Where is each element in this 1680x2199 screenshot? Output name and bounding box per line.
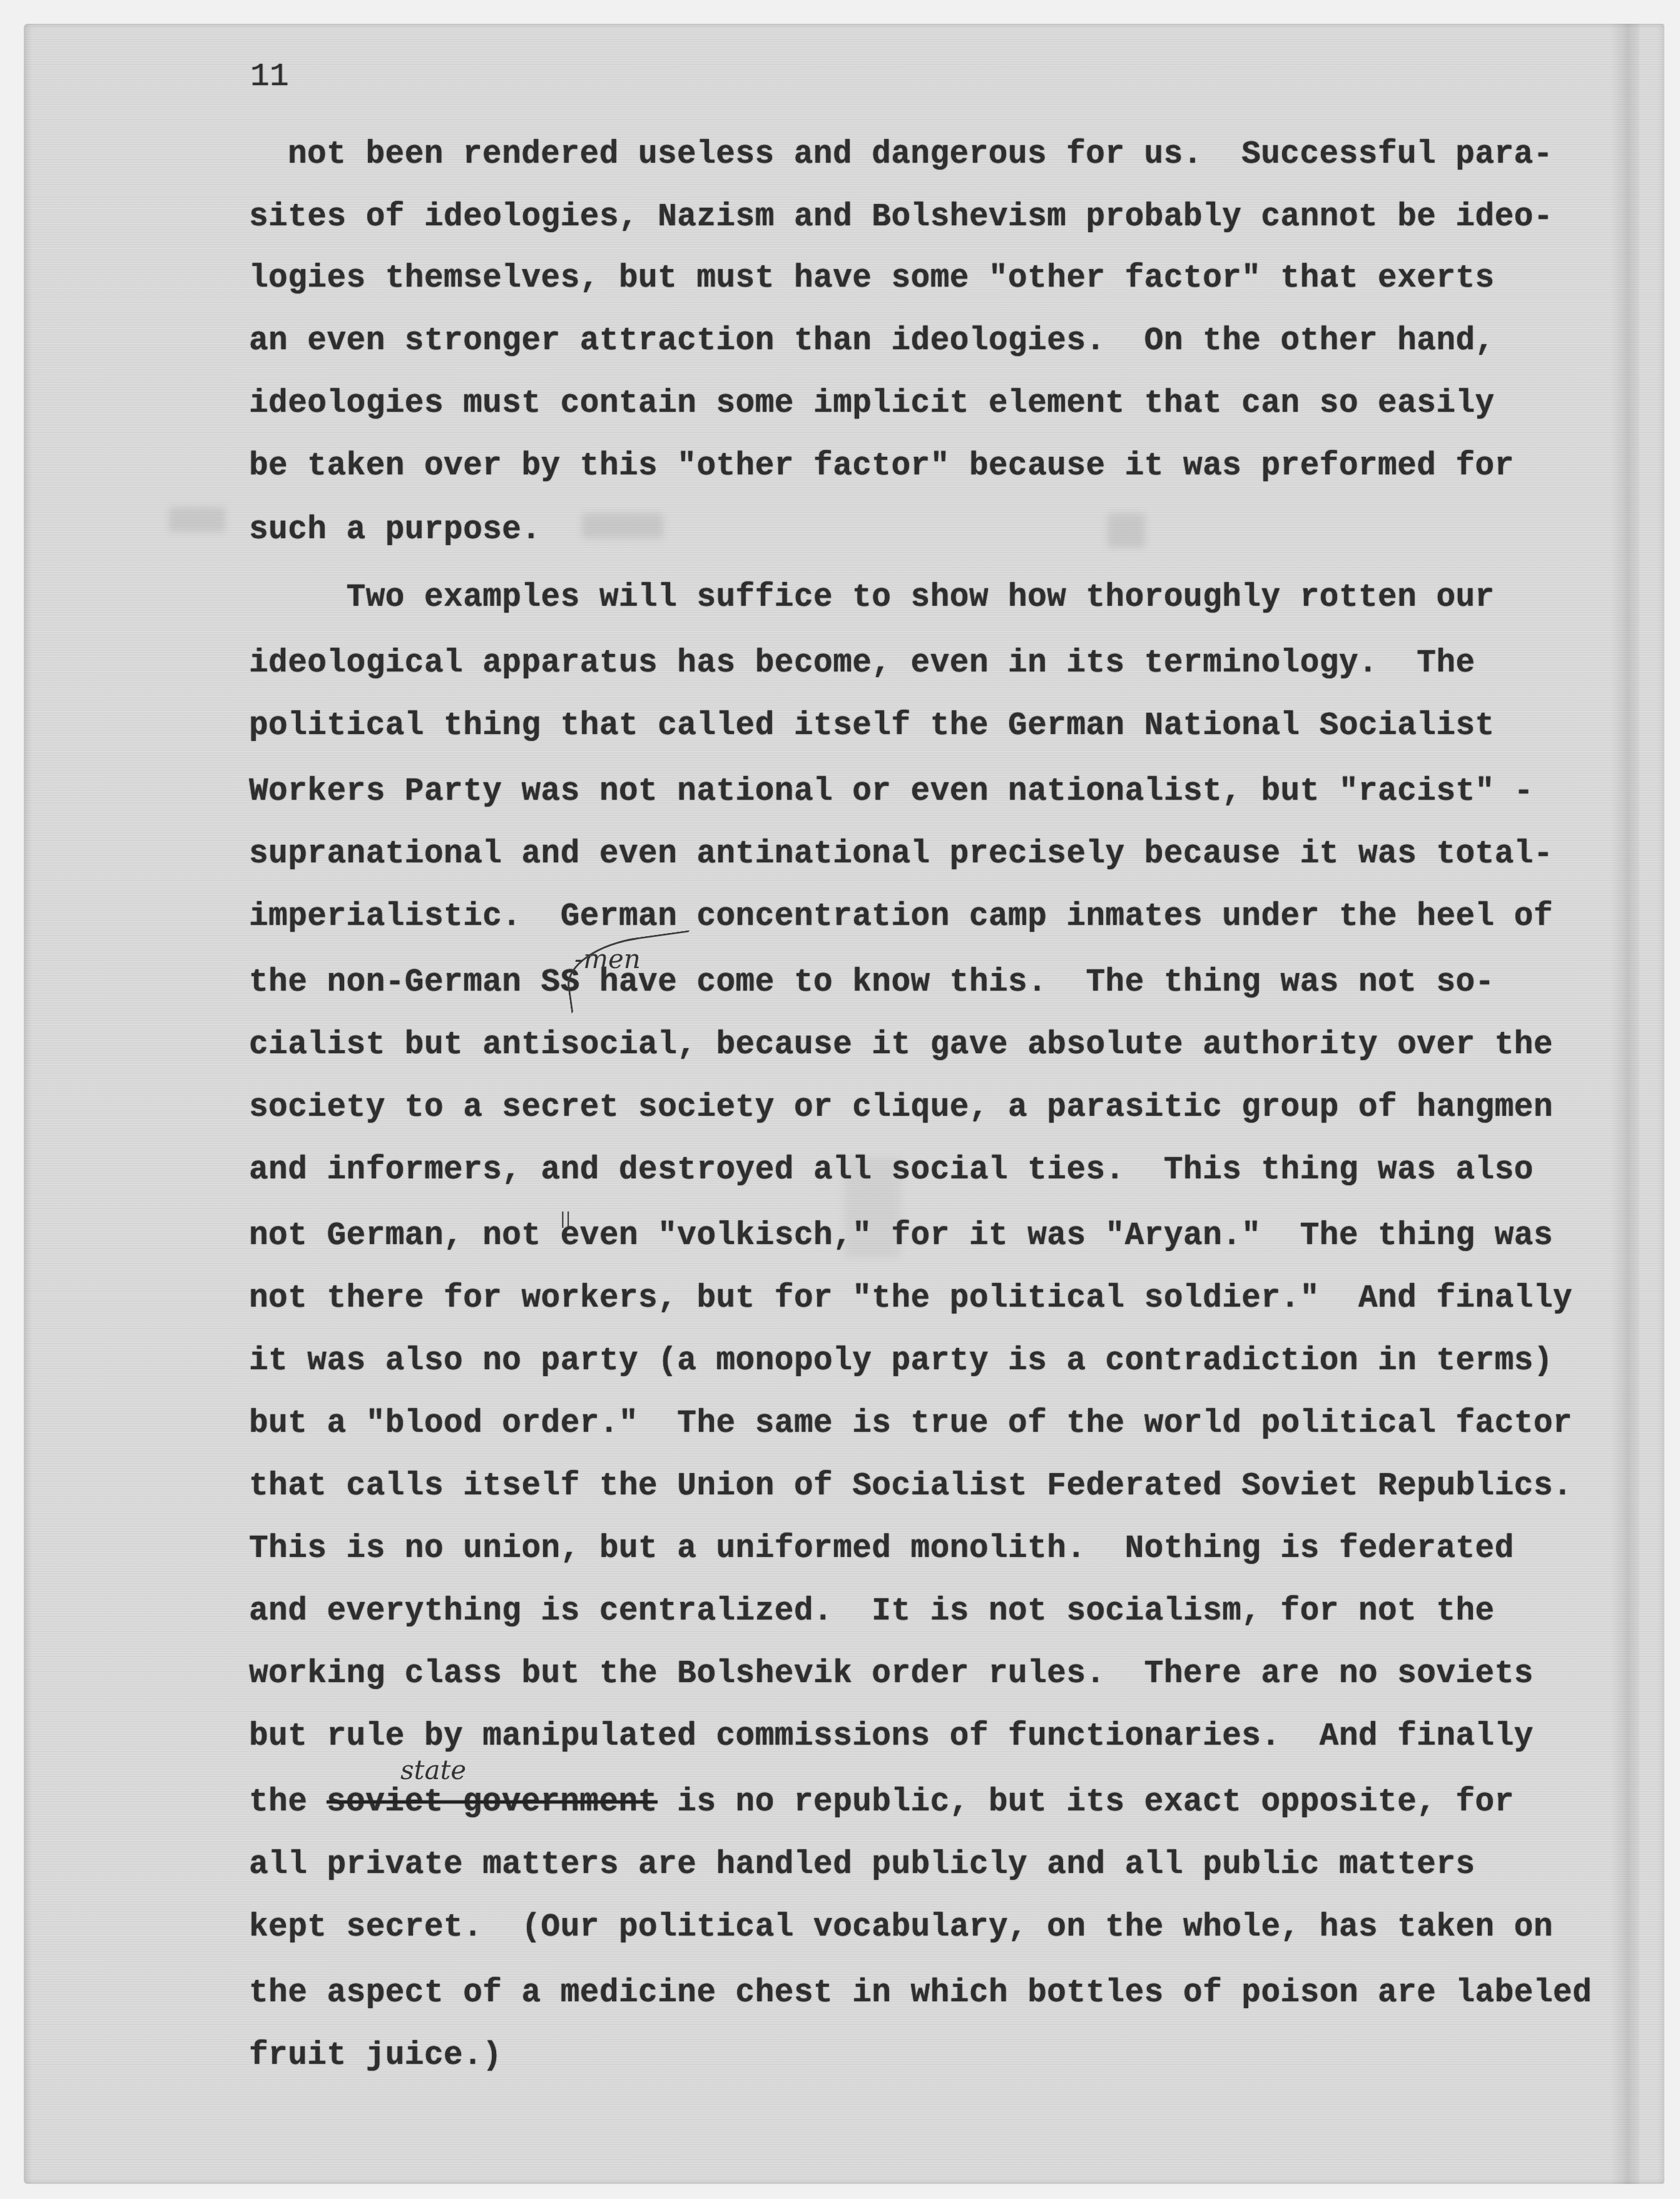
- typed-line: supranational and even antinational prec…: [249, 839, 1553, 870]
- typed-line: imperialistic. German concentration camp…: [249, 901, 1553, 933]
- typed-line: fruit juice.): [249, 2040, 502, 2072]
- typed-line: and everything is centralized. It is not…: [249, 1596, 1495, 1628]
- typed-line: the non-German SS have come to know this…: [249, 967, 1495, 999]
- smudge-mark: [582, 513, 663, 538]
- typed-line: ideologies must contain some implicit el…: [249, 388, 1495, 420]
- typed-line: kept secret. (Our political vocabulary, …: [249, 1912, 1553, 1944]
- typed-line: logies themselves, but must have some "o…: [249, 263, 1495, 295]
- typed-line: an even stronger attraction than ideolog…: [249, 325, 1495, 357]
- typed-line: Workers Party was not national or even n…: [249, 776, 1534, 808]
- typed-line: political thing that called itself the G…: [249, 710, 1495, 742]
- typed-line: but rule by manipulated commissions of f…: [249, 1721, 1534, 1753]
- page-number: 11: [250, 61, 289, 93]
- typed-line: working class but the Bolshevik order ru…: [249, 1658, 1534, 1690]
- handwritten-umlaut-mark: ||: [560, 1211, 571, 1227]
- struck-text: soviet government: [327, 1787, 658, 1819]
- smudge-mark: [169, 507, 225, 532]
- typed-line: sites of ideologies, Nazism and Bolshevi…: [249, 202, 1553, 233]
- typed-line: ideological apparatus has become, even i…: [249, 648, 1475, 680]
- typed-line: society to a secret society or clique, a…: [249, 1092, 1553, 1124]
- smudge-mark: [1107, 513, 1145, 548]
- handwritten-insert-state: state: [400, 1757, 466, 1783]
- typed-line: it was also no party (a monopoly party i…: [249, 1345, 1553, 1377]
- typed-line: and informers, and destroyed all social …: [249, 1155, 1534, 1186]
- typed-line: such a purpose.: [249, 514, 541, 546]
- typed-line: not been rendered useless and dangerous …: [288, 139, 1553, 171]
- typed-line: Two examples will suffice to show how th…: [249, 582, 1495, 614]
- typed-line: not German, not even "volkisch," for it …: [249, 1220, 1553, 1252]
- typed-line: not there for workers, but for "the poli…: [249, 1283, 1572, 1315]
- typed-line: but a "blood order." The same is true of…: [249, 1408, 1572, 1440]
- typed-line: the aspect of a medicine chest in which …: [249, 1977, 1592, 2009]
- typed-line: cialist but antisocial, because it gave …: [249, 1029, 1553, 1061]
- paper-fold-shadow: [1611, 24, 1639, 2184]
- typed-line: be taken over by this "other factor" bec…: [249, 451, 1514, 482]
- typed-line: This is no union, but a uniformed monoli…: [249, 1533, 1514, 1565]
- typed-line: all private matters are handled publicly…: [249, 1849, 1475, 1881]
- typed-line: that calls itself the Union of Socialist…: [249, 1471, 1572, 1503]
